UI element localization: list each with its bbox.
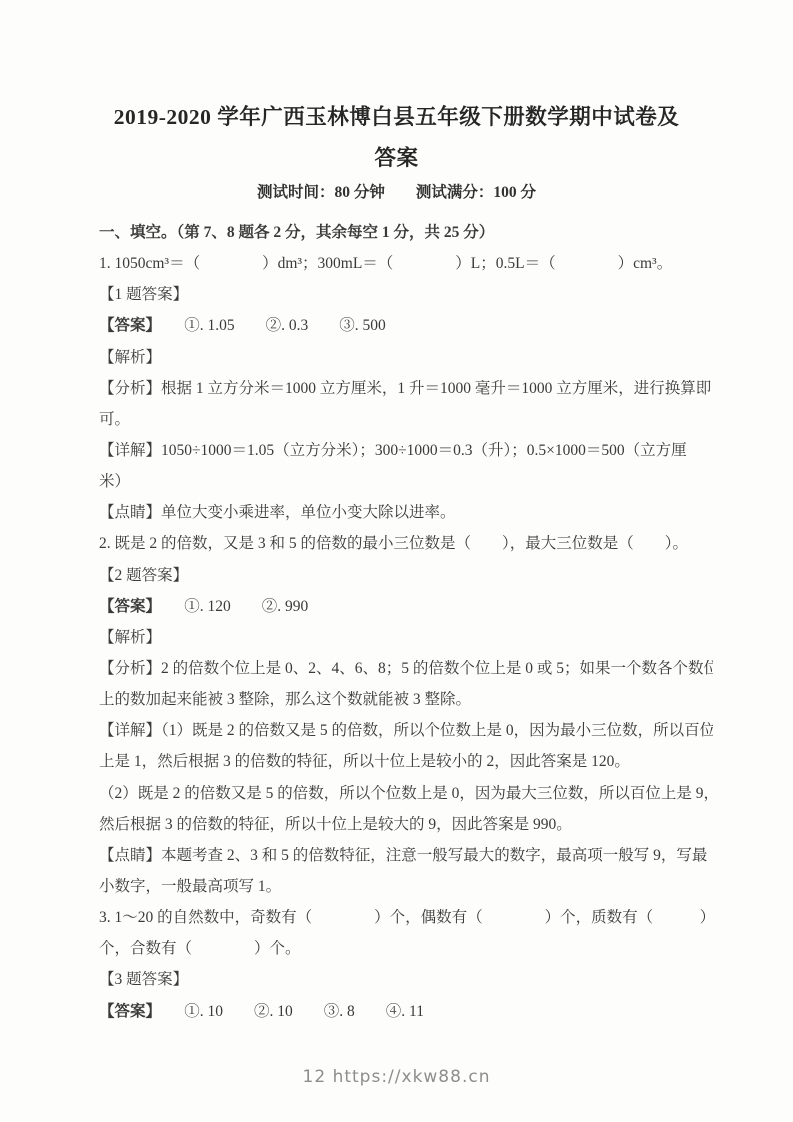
document-body: 一、填空。（第 7、8 题各 2 分，其余每空 1 分，共 25 分） 1. 1… — [99, 217, 713, 1027]
document-title-line1: 2019-2020 学年广西玉林博白县五年级下册数学期中试卷及 — [0, 97, 793, 138]
answer-header-q3: 【3 题答案】 — [99, 964, 713, 995]
tip-q2-line2-text: 小数字，一般最高项写 1。 — [99, 878, 281, 895]
answer-values-q2: ①. 120 ②. 990 — [153, 598, 308, 615]
detail-q2-line3-text: （2）既是 2 的倍数又是 5 的倍数，所以个位数上是 0，因为最大三位数，所以… — [99, 785, 713, 802]
question-3-line1-text: 3. 1～20 的自然数中，奇数有（ ）个，偶数有（ ）个，质数有（ ） — [99, 909, 713, 926]
analysis-header-q1: 【解析】 — [99, 342, 713, 373]
document-title: 2019-2020 学年广西玉林博白县五年级下册数学期中试卷及 答案 — [0, 0, 793, 179]
document-page: 2019-2020 学年广西玉林博白县五年级下册数学期中试卷及 答案 测试时间：… — [0, 0, 793, 1122]
answer-line-q2: 【答案】 ①. 120 ②. 990 — [99, 591, 713, 622]
detail-q2-line2: 上是 1，然后根据 3 的倍数的特征，所以十位上是较小的 2，因此答案是 120… — [99, 746, 713, 777]
answer-line-q3: 【答案】 ①. 10 ②. 10 ③. 8 ④. 11 — [99, 996, 713, 1027]
detail-q2-line3: （2）既是 2 的倍数又是 5 的倍数，所以个位数上是 0，因为最大三位数，所以… — [99, 778, 713, 809]
analysis-header-q2: 【解析】 — [99, 622, 713, 653]
page-footer: 12 https://xkw88.cn — [0, 1064, 793, 1090]
analysis-q2-line1-text: 【分析】2 的倍数个位上是 0、2、4、6、8；5 的倍数个位上是 0 或 5；… — [99, 660, 713, 677]
tip-q1-text: 【点睛】单位大变小乘进率，单位小变大除以进率。 — [99, 504, 456, 521]
analysis-q2-line2-text: 上的数加起来能被 3 整除，那么这个数就能被 3 整除。 — [99, 691, 471, 708]
detail-q1-line1-text: 【详解】1050÷1000＝1.05（立方分米）；300÷1000＝0.3（升）… — [99, 442, 687, 459]
question-3-line1: 3. 1～20 的自然数中，奇数有（ ）个，偶数有（ ）个，质数有（ ） — [99, 902, 713, 933]
analysis-q1-line1-text: 【分析】根据 1 立方分米＝1000 立方厘米，1 升＝1000 毫升＝1000… — [99, 380, 711, 397]
answer-header-q2: 【2 题答案】 — [99, 560, 713, 591]
answer-values-q3: ①. 10 ②. 10 ③. 8 ④. 11 — [153, 1003, 424, 1020]
detail-q1-line2: 米） — [99, 466, 713, 497]
detail-q2-line4-text: 然后根据 3 的倍数的特征，所以十位上是较大的 9，因此答案是 990。 — [99, 816, 572, 833]
answer-marker-q1: 【答案】 — [99, 317, 153, 334]
answer-marker-q3: 【答案】 — [99, 1003, 153, 1020]
question-2: 2. 既是 2 的倍数，又是 3 和 5 的倍数的最小三位数是（ ），最大三位数… — [99, 528, 713, 559]
tip-q1: 【点睛】单位大变小乘进率，单位小变大除以进率。 — [99, 497, 713, 528]
answer-marker-q2: 【答案】 — [99, 598, 153, 615]
detail-q2-line1: 【详解】（1）既是 2 的倍数又是 5 的倍数，所以个位数上是 0，因为最小三位… — [99, 715, 713, 746]
detail-q1-line1: 【详解】1050÷1000＝1.05（立方分米）；300÷1000＝0.3（升）… — [99, 435, 713, 466]
analysis-header-q1-text: 【解析】 — [99, 349, 161, 366]
detail-q2-line4: 然后根据 3 的倍数的特征，所以十位上是较大的 9，因此答案是 990。 — [99, 809, 713, 840]
question-1: 1. 1050cm³＝（ ）dm³；300mL＝（ ）L；0.5L＝（ ）cm³… — [99, 248, 713, 279]
section-header-fill-in: 一、填空。（第 7、8 题各 2 分，其余每空 1 分，共 25 分） — [99, 217, 713, 248]
question-1-text: 1. 1050cm³＝（ ）dm³；300mL＝（ ）L；0.5L＝（ ）cm³… — [99, 255, 672, 272]
question-3-line2: 个，合数有（ ）个。 — [99, 933, 713, 964]
detail-q2-line1-text: 【详解】（1）既是 2 的倍数又是 5 的倍数，所以个位数上是 0，因为最小三位… — [99, 722, 713, 739]
answer-header-q1-text: 【1 题答案】 — [99, 286, 188, 303]
analysis-q1-line2: 可。 — [99, 404, 713, 435]
tip-q2-line2: 小数字，一般最高项写 1。 — [99, 871, 713, 902]
analysis-q2-line1: 【分析】2 的倍数个位上是 0、2、4、6、8；5 的倍数个位上是 0 或 5；… — [99, 653, 713, 684]
tip-q2-line1: 【点睛】本题考查 2、3 和 5 的倍数特征，注意一般写最大的数字，最高项一般写… — [99, 840, 713, 871]
tip-q2-line1-text: 【点睛】本题考查 2、3 和 5 的倍数特征，注意一般写最大的数字，最高项一般写… — [99, 847, 707, 864]
section-header-text: 一、填空。（第 7、8 题各 2 分，其余每空 1 分，共 25 分） — [99, 224, 494, 241]
answer-header-q3-text: 【3 题答案】 — [99, 971, 188, 988]
analysis-q1-line1: 【分析】根据 1 立方分米＝1000 立方厘米，1 升＝1000 毫升＝1000… — [99, 373, 713, 404]
question-2-text: 2. 既是 2 的倍数，又是 3 和 5 的倍数的最小三位数是（ ），最大三位数… — [99, 535, 688, 552]
detail-q2-line2-text: 上是 1，然后根据 3 的倍数的特征，所以十位上是较小的 2，因此答案是 120… — [99, 753, 630, 770]
analysis-header-q2-text: 【解析】 — [99, 629, 161, 646]
test-meta: 测试时间：80 分钟 测试满分：100 分 — [0, 181, 793, 205]
document-title-line2: 答案 — [0, 138, 793, 179]
analysis-q2-line2: 上的数加起来能被 3 整除，那么这个数就能被 3 整除。 — [99, 684, 713, 715]
detail-q1-line2-text: 米） — [99, 473, 130, 490]
answer-header-q2-text: 【2 题答案】 — [99, 567, 188, 584]
answer-line-q1: 【答案】 ①. 1.05 ②. 0.3 ③. 500 — [99, 310, 713, 341]
answer-values-q1: ①. 1.05 ②. 0.3 ③. 500 — [153, 317, 386, 334]
analysis-q1-line2-text: 可。 — [99, 411, 130, 428]
question-3-line2-text: 个，合数有（ ）个。 — [99, 940, 301, 957]
answer-header-q1: 【1 题答案】 — [99, 279, 713, 310]
